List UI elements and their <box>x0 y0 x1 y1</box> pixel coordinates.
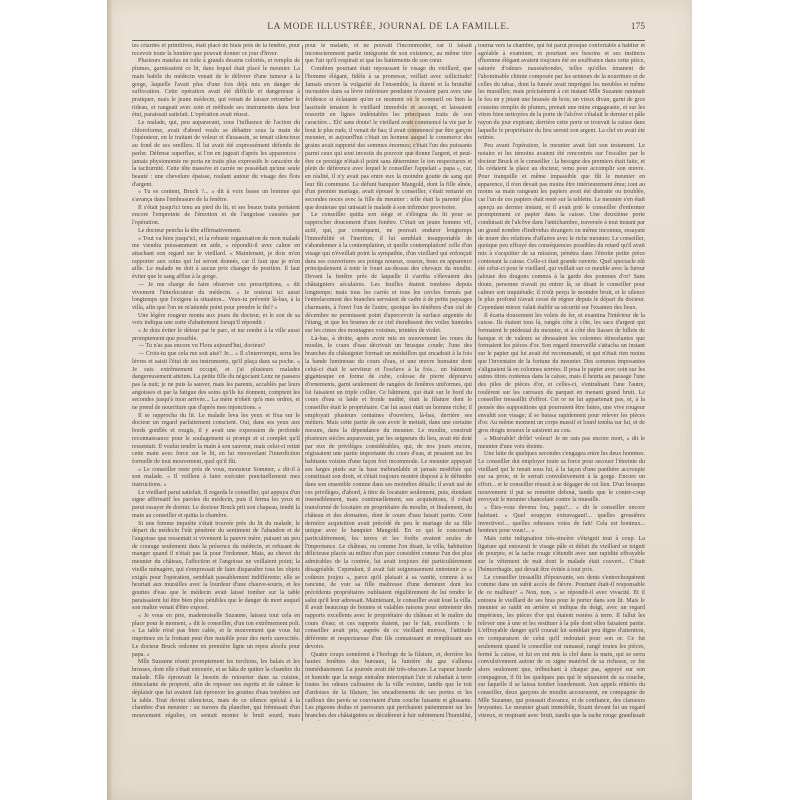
paragraph: pour le malade, et ne pouvait l'incommod… <box>305 43 472 66</box>
column-divider <box>302 45 303 721</box>
paragraph: Mlle Suzanne réunit promptement les torc… <box>132 659 300 721</box>
paragraph: Le conseiller tressaillit d'épouvante, s… <box>478 575 645 721</box>
text-column-3: tourna vers la chambre, qui lui parut pr… <box>478 43 645 721</box>
paragraph: Quatre coups sonnèrent à l'horloge de la… <box>305 652 472 721</box>
paragraph: « Le conseiller reste près de vous, mons… <box>132 467 300 490</box>
column-divider <box>475 45 476 721</box>
paragraph: Mais cette indignation très-sincère s'ét… <box>478 536 645 575</box>
paragraph: « Je vous en prie, mademoiselle Suzanne,… <box>132 613 300 659</box>
paragraph: — Crois-tu que cela me soit aisé? Je... … <box>132 351 300 413</box>
paragraph: Là-bas, à droite, après avoir mis en mou… <box>305 336 472 652</box>
page-number: 175 <box>631 22 645 32</box>
paragraph: Le conseiller quitta son siège et s'éloi… <box>305 212 472 335</box>
paragraph: Une légère rougeur monta aux joues du do… <box>132 313 300 328</box>
paragraph: Une lutte de quelques secondes s'engagea… <box>478 451 645 505</box>
paragraph: — Je me charge de faire observer ces pre… <box>132 282 300 313</box>
paragraph: Il se rapprocha du lit. Le malade leva l… <box>132 413 300 467</box>
paragraph: Le vieillard parut satisfait. Il regarda… <box>132 490 300 521</box>
paragraph: Le malade, qui, peu auparavant, sous l'i… <box>132 120 300 189</box>
paragraph: Il écarta doucement les volets de fer, e… <box>478 313 645 436</box>
paragraph: Il s'était jusqu'ici tenu au pied du lit… <box>132 205 300 228</box>
paragraph: Plusieurs matelas en toile à grands dess… <box>132 58 300 120</box>
paragraph: Le docteur pencha la tête affirmativemen… <box>132 228 300 236</box>
text-column-2: pour le malade, et ne pouvait l'incommod… <box>305 43 472 721</box>
paragraph: les criardes et primitives, était placé … <box>132 43 300 58</box>
journal-title: LA MODE ILLUSTRÉE, JOURNAL DE LA FAMILLE… <box>132 22 645 32</box>
paragraph: « Tu es content, Bruck ?... » dit à voix… <box>132 189 300 204</box>
paragraph: Combien pourtant était repoussant le vis… <box>305 66 472 212</box>
page-header: LA MODE ILLUSTRÉE, JOURNAL DE LA FAMILLE… <box>132 18 645 41</box>
text-column-1: les criardes et primitives, était placé … <box>132 43 300 721</box>
paragraph: — Tu n'as pas encore vu Flora aujourd'hu… <box>132 343 300 351</box>
paragraph: « Tout va bien jusqu'ici, et la robuste … <box>132 236 300 282</box>
paragraph: « Misérable! drôle! voleur! Je ne suis p… <box>478 436 645 451</box>
newspaper-page: LA MODE ILLUSTRÉE, JOURNAL DE LA FAMILLE… <box>107 0 692 800</box>
paragraph: « Je dois éviter le détour par le parc, … <box>132 328 300 343</box>
paragraph: Peu avant l'opération, le meunier avait … <box>478 143 645 312</box>
paragraph: « Êtes-vous devenu fou, papa?... » dit l… <box>478 505 645 536</box>
paragraph: Si une femme inquiète s'était trouvée pr… <box>132 521 300 613</box>
paragraph: tourna vers la chambre, qui lui parut pr… <box>478 43 645 143</box>
